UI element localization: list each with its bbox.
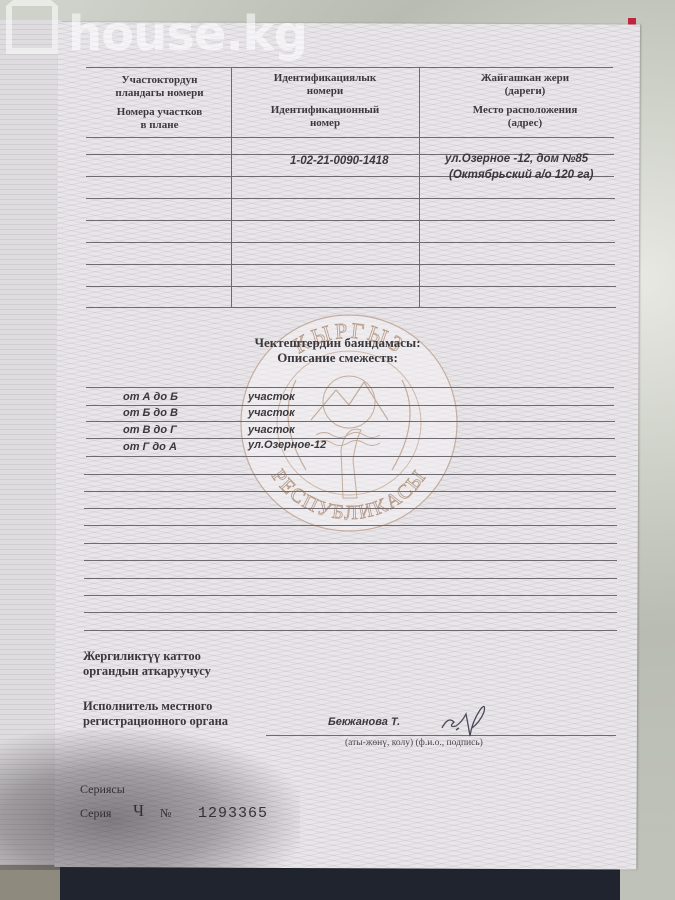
adjacency-from-to: от Г до А bbox=[123, 441, 177, 453]
header-plan-number: Участоктордунпландагы номери Номера учас… bbox=[92, 74, 227, 132]
signature-caption: (аты-жөнү, колу) (ф.и.о., подпись) bbox=[345, 738, 483, 748]
left-page-edge bbox=[0, 20, 62, 865]
watermark-logo: house.kg bbox=[6, 6, 307, 62]
header-id-number: Идентификациялыкномери Идентификационный… bbox=[240, 72, 410, 130]
number-sign: № bbox=[160, 806, 171, 821]
signature-scribble bbox=[438, 698, 496, 738]
adjacency-neighbor: участок bbox=[248, 424, 295, 436]
background-dark-object bbox=[60, 865, 620, 900]
adjacency-title-ky: Чектештердин баяндамасы: bbox=[0, 335, 675, 350]
adjacency-from-to: от А до Б bbox=[123, 391, 178, 403]
adjacency-from-to: от Б до В bbox=[123, 407, 178, 419]
house-icon bbox=[6, 6, 58, 54]
series-value: Ч bbox=[133, 801, 144, 821]
registrar-label-ru: Исполнитель местногорегистрационного орг… bbox=[83, 699, 228, 729]
serial-number: 1293365 bbox=[198, 805, 268, 822]
watermark-text: house.kg bbox=[68, 6, 307, 62]
address-line1: ул.Озерное -12, дом №85 bbox=[445, 153, 588, 165]
registrar-label-ky: Жергиликтүү каттоооргандын аткаруучусу bbox=[83, 649, 211, 679]
header-location: Жайгашкан жери(дареги) Место расположени… bbox=[440, 72, 610, 130]
id-number-value: 1-02-21-0090-1418 bbox=[290, 155, 388, 167]
adjacency-neighbor: ул.Озерное-12 bbox=[248, 439, 326, 451]
series-label-ru: Серия bbox=[80, 806, 111, 821]
adjacency-from-to: от В до Г bbox=[123, 424, 177, 436]
series-label-ky: Сериясы bbox=[80, 782, 125, 797]
adjacency-neighbor: участок bbox=[248, 407, 295, 419]
adjacency-title-ru: Описание смежеств: bbox=[0, 350, 675, 365]
adjacency-neighbor: участок bbox=[248, 391, 295, 403]
registrar-name: Бекжанова Т. bbox=[328, 716, 400, 728]
address-line2: (Октябрьский а/о 120 га) bbox=[449, 169, 593, 181]
